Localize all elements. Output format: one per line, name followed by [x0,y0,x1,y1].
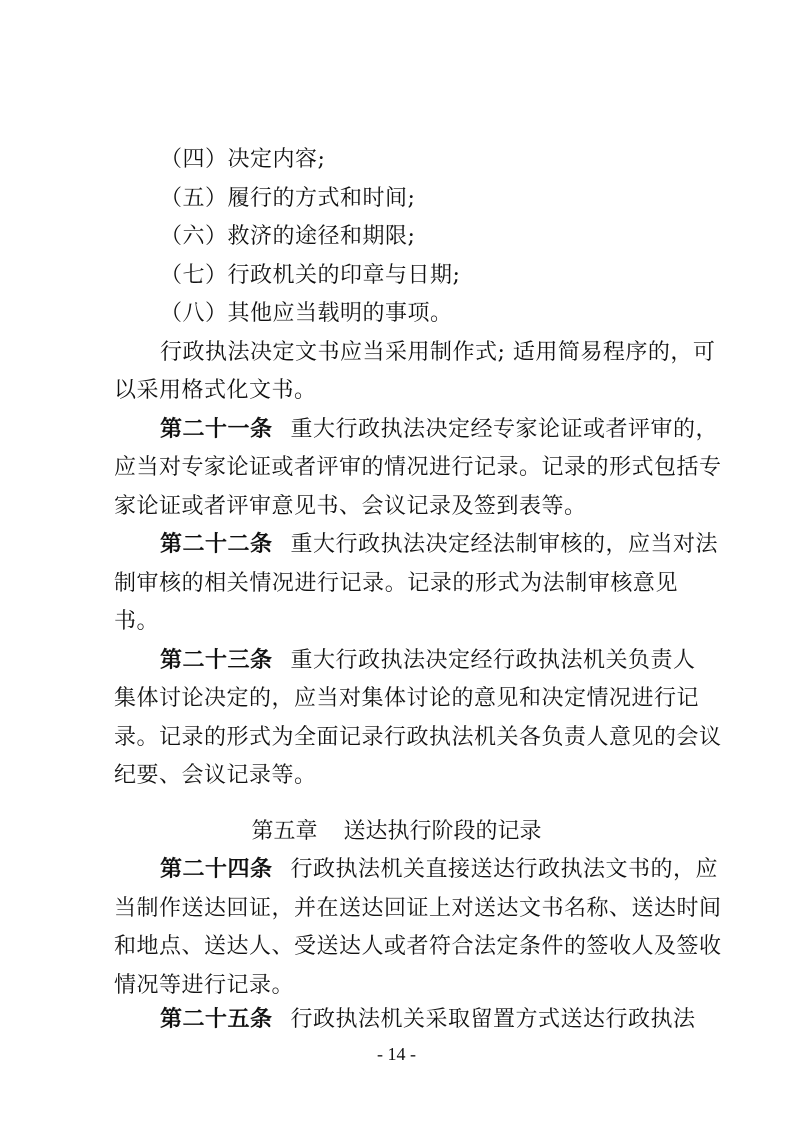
chapter-number: 第五章 [251,819,317,844]
article-23-line1: 第二十三条重大行政执法决定经行政执法机关负责人 [160,646,678,676]
article-21-title: 第二十一条 [160,417,273,442]
list-item-7: （七）行政机关的印章与日期; [160,261,460,291]
list-item-6: （六）救济的途径和期限; [160,222,415,252]
paragraph-format-line1: 行政执法决定文书应当采用制作式; 适用简易程序的，可 [160,338,678,368]
article-21-text1: 重大行政执法决定经专家论证或者评审的， [291,417,719,442]
page-number: - 14 - [0,1044,793,1065]
paragraph-format-line2: 以采用格式化文书。 [114,376,678,406]
document-page: （四）决定内容; （五）履行的方式和时间; （六）救济的途径和期限; （七）行政… [0,0,793,1122]
list-item-8: （八）其他应当载明的事项。 [160,299,453,329]
article-23-text1: 重大行政执法决定经行政执法机关负责人 [291,648,696,673]
article-25-text1: 行政执法机关采取留置方式送达行政执法 [291,1007,696,1032]
list-item-5: （五）履行的方式和时间; [160,184,415,214]
article-24-title: 第二十四条 [160,857,273,882]
chapter-heading: 第五章送达执行阶段的记录 [0,817,793,847]
list-item-4: （四）决定内容; [160,145,325,175]
article-23-line4: 纪要、会议记录等。 [114,761,678,791]
article-23-line3: 录。记录的形式为全面记录行政执法机关各负责人意见的会议 [114,723,678,753]
article-23-title: 第二十三条 [160,648,273,673]
article-25-title: 第二十五条 [160,1007,273,1032]
article-24-line1: 第二十四条行政执法机关直接送达行政执法文书的，应 [160,855,678,885]
chapter-title: 送达执行阶段的记录 [344,819,542,844]
article-23-line2: 集体讨论决定的，应当对集体讨论的意见和决定情况进行记 [114,684,678,714]
article-21-line3: 家论证或者评审意见书、会议记录及签到表等。 [114,492,678,522]
article-22-title: 第二十二条 [160,532,273,557]
article-22-text1: 重大行政执法决定经法制审核的，应当对法 [291,532,719,557]
article-24-text1: 行政执法机关直接送达行政执法文书的，应 [291,857,719,882]
article-21-line2: 应当对专家论证或者评审的情况进行记录。记录的形式包括专 [114,453,678,483]
article-22-line1: 第二十二条重大行政执法决定经法制审核的，应当对法 [160,530,678,560]
article-24-line2: 当制作送达回证，并在送达回证上对送达文书名称、送达时间 [114,894,678,924]
article-22-line2: 制审核的相关情况进行记录。记录的形式为法制审核意见 [114,569,678,599]
article-25-line1: 第二十五条行政执法机关采取留置方式送达行政执法 [160,1005,678,1035]
article-24-line4: 情况等进行记录。 [114,971,678,1001]
article-21-line1: 第二十一条重大行政执法决定经专家论证或者评审的， [160,415,678,445]
article-22-line3: 书。 [114,607,678,637]
article-24-line3: 和地点、送达人、受送达人或者符合法定条件的签收人及签收 [114,932,678,962]
